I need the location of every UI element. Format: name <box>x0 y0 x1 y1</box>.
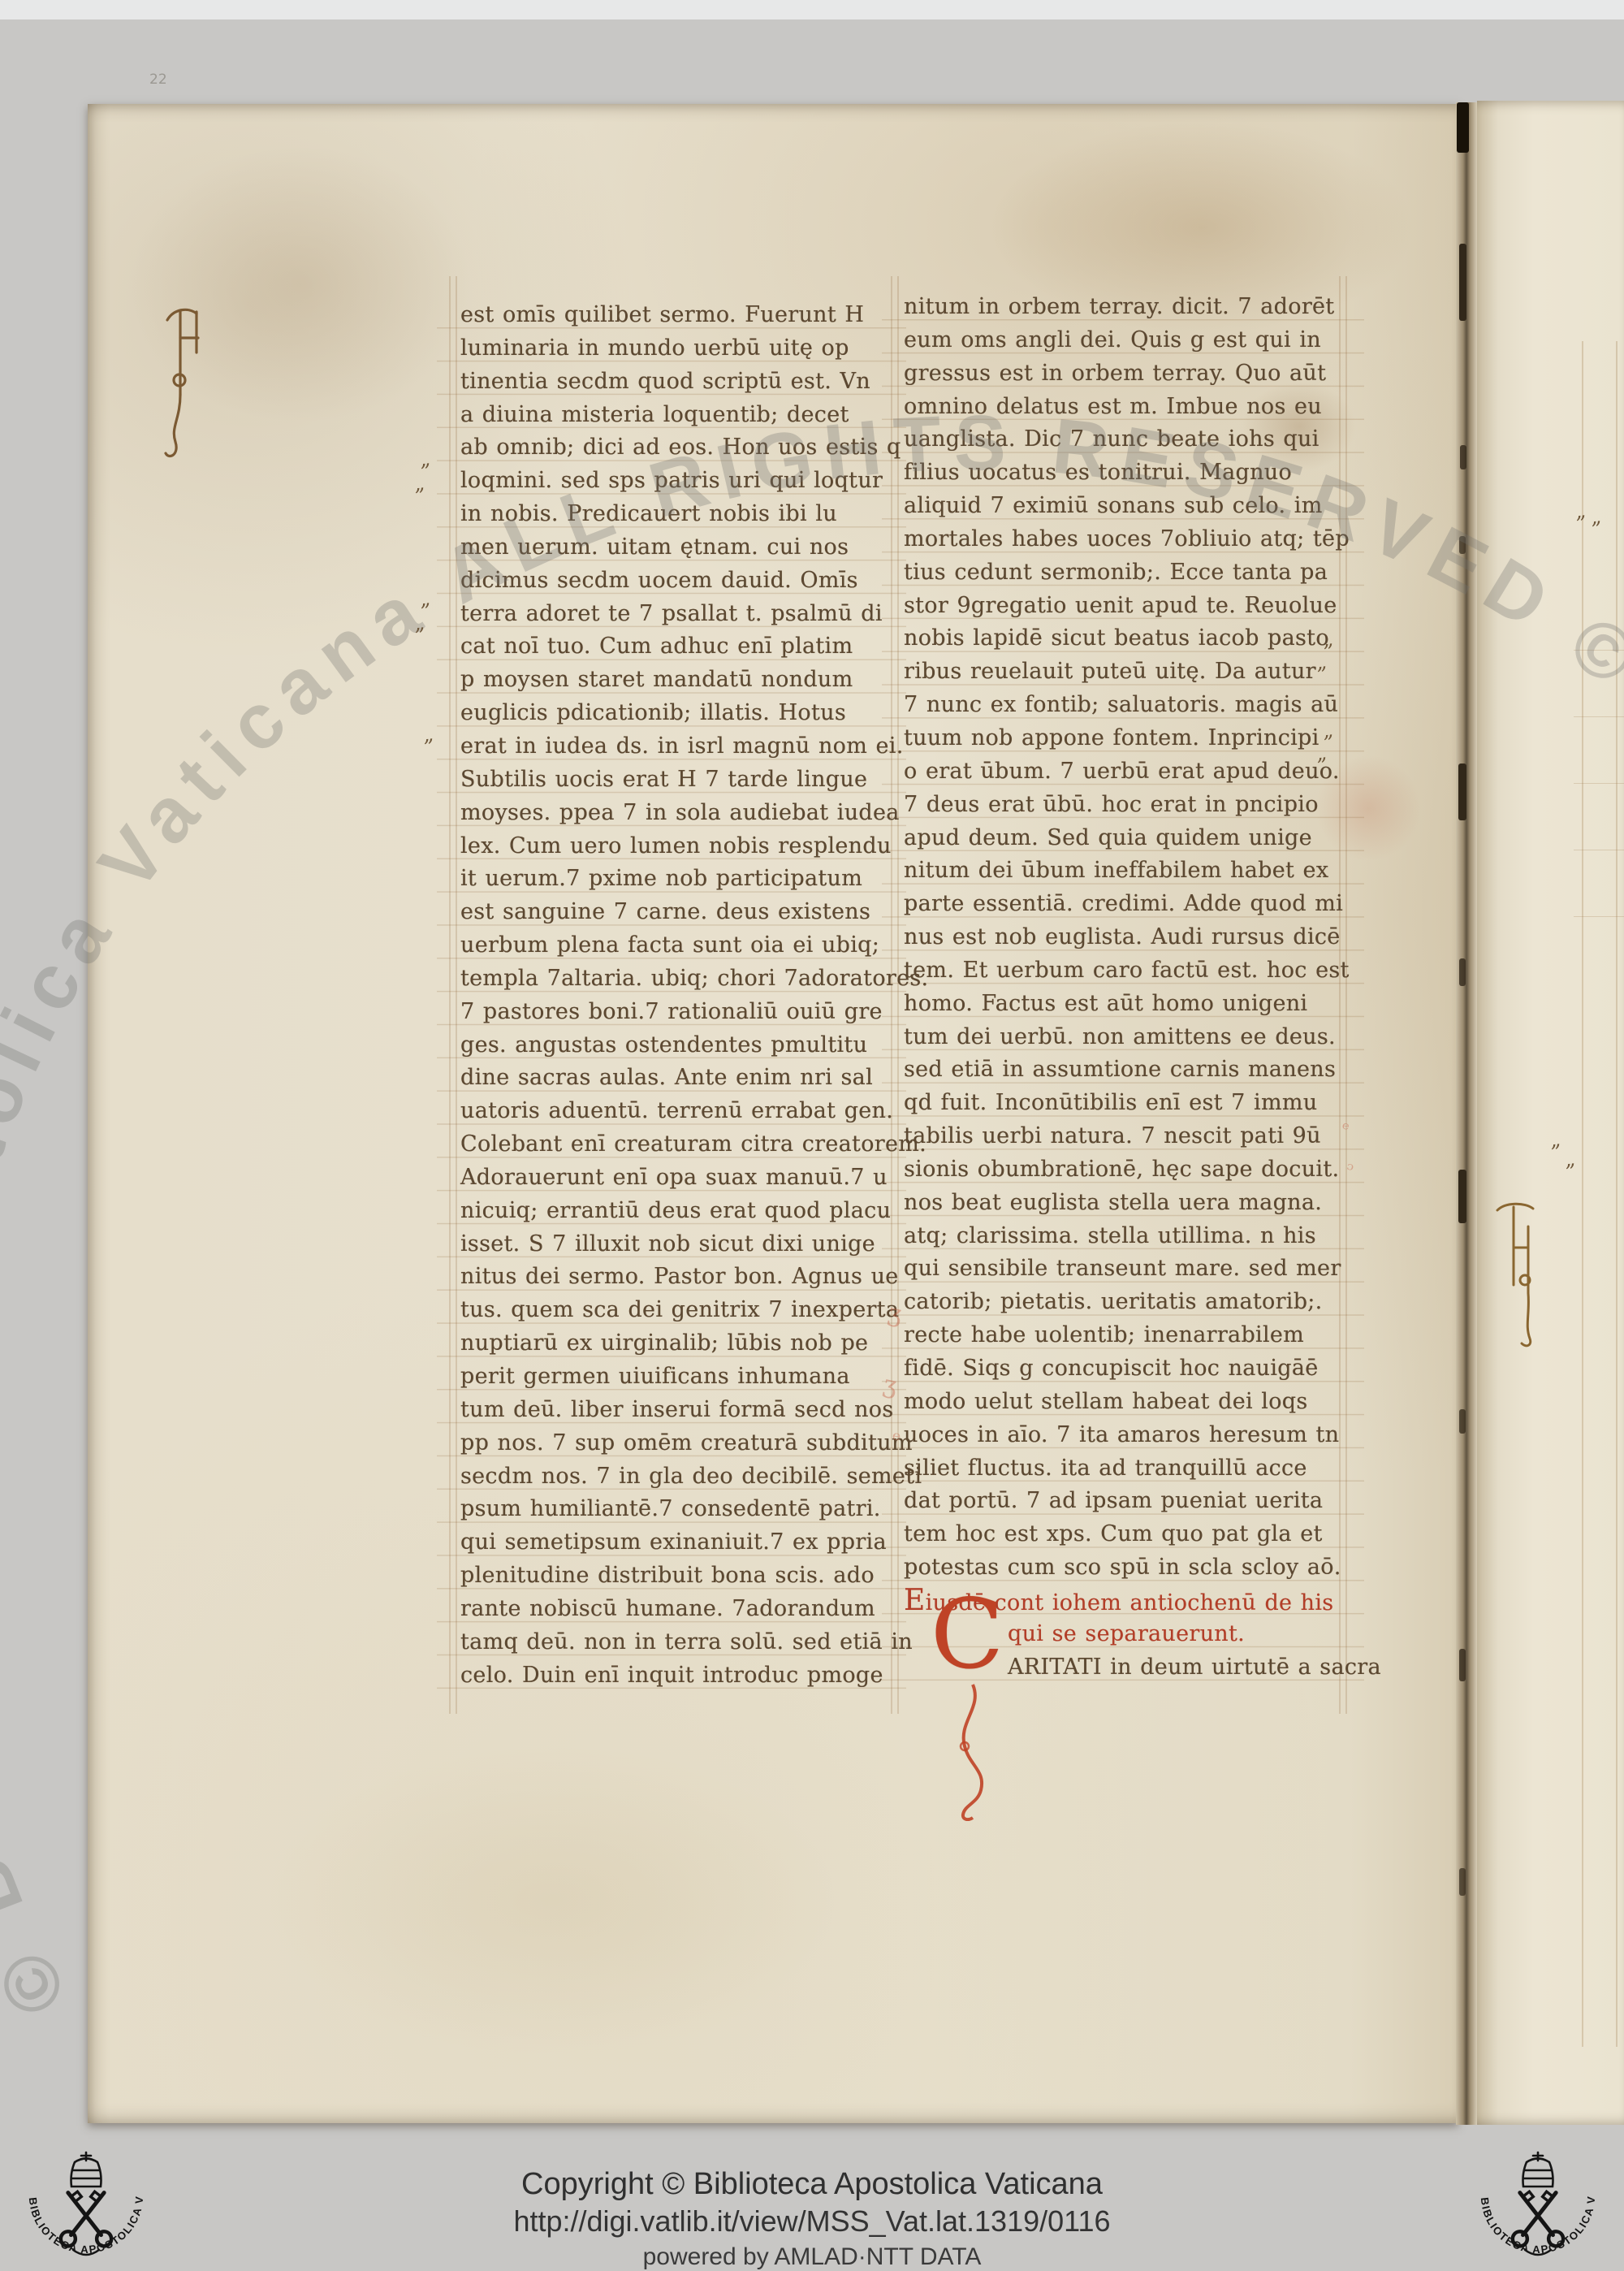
manuscript-line: qd fuit. Inconūtibilis enī est 7 immu <box>904 1087 1337 1120</box>
manuscript-line: rante nobiscū humane. 7adorandum <box>460 1593 884 1626</box>
photo-background-top <box>0 0 1624 19</box>
facing-page-ruling <box>1574 916 1624 917</box>
manuscript-line: psum humiliantē.7 consedentē patri. <box>460 1493 884 1526</box>
manuscript-line: est omīs quilibet sermo. Fuerunt H <box>460 299 884 332</box>
manuscript-line: tamq deū. non in terra solū. sed etiā in <box>460 1626 884 1659</box>
manuscript-line: ges. angustas ostendentes pmultitu <box>460 1029 884 1062</box>
manuscript-line: aliquid 7 eximiū sonans sub celo. im <box>904 490 1337 523</box>
sewing-hole <box>1459 1409 1466 1434</box>
manuscript-line: secdm nos. 7 in gla deo decibilē. semeti <box>460 1460 884 1494</box>
manuscript-line: nitum dei ūbum ineffabilem habet ex <box>904 854 1337 888</box>
pencil-folio-mark: 22 <box>149 71 167 88</box>
book-gutter <box>1456 102 1477 2125</box>
manuscript-line: eum oms angli dei. Quis g est qui in <box>904 324 1337 357</box>
manuscript-line: Colebant enī creaturam citra creatorem. <box>460 1128 884 1161</box>
manuscript-line: uanglista. Dic 7 nunc beate iohs qui <box>904 423 1337 456</box>
manuscript-line: nitus dei sermo. Pastor bon. Agnus ue <box>460 1261 884 1294</box>
manuscript-line: Subtilis uocis erat H 7 tarde lingue <box>460 763 884 797</box>
manuscript-line: homo. Factus est aūt homo unigeni <box>904 988 1337 1021</box>
manuscript-line: mortales habes uoces 7obliuio atq; tēp <box>904 523 1337 556</box>
manuscript-line: 7 pastores boni.7 rationaliū ouiū gre <box>460 996 884 1029</box>
sewing-hole <box>1458 1170 1466 1223</box>
manuscript-line: it uerum.7 pxime nob participatum <box>460 863 884 896</box>
manuscript-line: uerbum plena facta sunt oia ei ubiq; <box>460 929 884 962</box>
manuscript-line: sed etiā in assumtione carnis manens <box>904 1053 1337 1087</box>
sewing-hole <box>1459 1649 1466 1681</box>
text-column-2: nitum in orbem terray. dicit. 7 adorēteu… <box>904 291 1337 1684</box>
text-column-1: est omīs quilibet sermo. Fuerunt Hlumina… <box>460 299 884 1692</box>
manuscript-line: nos beat euglista stella uera magna. <box>904 1187 1337 1220</box>
footer-copyright: Copyright © Biblioteca Apostolica Vatica… <box>0 2167 1624 2202</box>
manuscript-line: nitum in orbem terray. dicit. 7 adorēt <box>904 291 1337 324</box>
sewing-hole <box>1460 445 1466 469</box>
manuscript-facing-page <box>1477 101 1624 2125</box>
manuscript-line: modo uelut stellam habeat dei loqs <box>904 1386 1337 1419</box>
manuscript-line: filius uocatus es tonitrui. Magnuo <box>904 456 1337 490</box>
manuscript-line: tum deū. liber inserui formā secd nos <box>460 1394 884 1427</box>
manuscript-line: plenitudine distribuit bona scis. ado <box>460 1559 884 1593</box>
manuscript-line: siliet fluctus. ita ad tranquillū acce <box>904 1452 1337 1486</box>
footer-url: http://digi.vatlib.it/view/MSS_Vat.lat.1… <box>0 2204 1624 2239</box>
manuscript-line: dicimus secdm uocem dauid. Omīs <box>460 565 884 598</box>
sewing-hole <box>1459 1868 1466 1896</box>
manuscript-line: tem. Et uerbum caro factū est. hoc est <box>904 954 1337 988</box>
manuscript-line: tabilis uerbi natura. 7 nescit pati 9ū <box>904 1120 1337 1153</box>
manuscript-line: nus est nob euglista. Audi rursus dicē <box>904 921 1337 954</box>
facing-page-ruling <box>1574 850 1624 850</box>
manuscript-line: perit germen uiuificans inhumana <box>460 1360 884 1394</box>
footer-powered-by: powered by AMLAD·NTT DATA <box>0 2243 1624 2271</box>
sewing-hole <box>1458 763 1466 820</box>
manuscript-line: men uerum. uitam ętnam. cui nos <box>460 531 884 565</box>
vatican-library-logo: BIBLIOTECA APOSTOLICA VATICANA <box>16 2149 156 2271</box>
manuscript-line: recte habe uolentib; inenarrabilem <box>904 1319 1337 1352</box>
manuscript-line: tum dei uerbū. non amittens ee deus. <box>904 1021 1337 1054</box>
manuscript-line: celo. Duin enī inquit introduc pmoge <box>460 1659 884 1693</box>
decorated-initial-C: C <box>931 1594 1004 1675</box>
manuscript-line: euglicis pdicationib; illatis. Hotus <box>460 697 884 730</box>
manuscript-line: 7 deus erat ūbū. hoc erat in pncipio <box>904 789 1337 822</box>
manuscript-line: nicuiq; errantiū deus erat quod placu <box>460 1195 884 1228</box>
manuscript-line: ribus reuelauit puteū uitę. Da autur <box>904 655 1337 689</box>
manuscript-line: moyses. ppea 7 in sola audiebat iudea <box>460 797 884 830</box>
manuscript-line: apud deum. Sed quia quidem unige <box>904 822 1337 855</box>
sewing-hole <box>1459 244 1466 321</box>
manuscript-line: cat noī tuo. Cum adhuc enī platim <box>460 630 884 664</box>
manuscript-line: a diuina misteria loquentib; decet <box>460 399 884 432</box>
manuscript-line: lex. Cum uero lumen nobis resplendu <box>460 830 884 863</box>
manuscript-line: gressus est in orbem terray. Quo aūt <box>904 357 1337 391</box>
manuscript-line: o erat ūbum. 7 uerbū erat apud deuo. <box>904 755 1337 789</box>
scanned-manuscript-page: est omīs quilibet sermo. Fuerunt Hlumina… <box>0 0 1624 2271</box>
manuscript-line: tus. quem sca dei genitrix 7 inexperta <box>460 1294 884 1327</box>
manuscript-line: nuptiarū ex uirginalib; lūbis nob pe <box>460 1327 884 1360</box>
facing-page-ruling <box>1574 783 1624 784</box>
facing-page-ruling <box>1582 341 1583 2047</box>
manuscript-line: ab omnib; dici ad eos. Hon uos estis q <box>460 431 884 465</box>
manuscript-line: sionis obumbrationē, hęc sape docuit. <box>904 1153 1337 1187</box>
manuscript-line: loqmini. sed sps patris uri qui loqtur <box>460 465 884 498</box>
sewing-hole <box>1459 958 1466 986</box>
manuscript-line: est sanguine 7 carne. deus existens <box>460 896 884 929</box>
manuscript-line: Adorauerunt enī opa suax manuū.7 u <box>460 1161 884 1195</box>
vatican-library-logo: BIBLIOTECA APOSTOLICA VATICANA <box>1468 2149 1608 2271</box>
manuscript-line: terra adoret te 7 psallat t. psalmū di <box>460 598 884 631</box>
manuscript-line: 7 nunc ex fontib; saluatoris. magis aū <box>904 689 1337 722</box>
facing-page-ruling <box>1616 341 1618 2047</box>
manuscript-line: qui sensibile transeunt mare. sed mer <box>904 1252 1337 1286</box>
manuscript-line: stor 9gregatio uenit apud te. Reuolue <box>904 590 1337 623</box>
manuscript-line: erat in iudea ds. in isrl magnū nom ei. <box>460 730 884 763</box>
manuscript-line: in nobis. Predicauert nobis ibi lu <box>460 498 884 531</box>
manuscript-line: omnino delatus est m. Imbue nos eu <box>904 391 1337 424</box>
facing-page-ruling <box>1574 716 1624 717</box>
manuscript-line: qui semetipsum exinaniuit.7 ex ppria <box>460 1526 884 1559</box>
manuscript-line: dine sacras aulas. Ante enim nri sal <box>460 1062 884 1095</box>
sewing-hole <box>1459 536 1466 554</box>
manuscript-line: fidē. Siqs g concupiscit hoc nauigāē <box>904 1352 1337 1386</box>
manuscript-line: tinentia secdm quod scriptū est. Vn <box>460 366 884 399</box>
manuscript-line: isset. S 7 illuxit nob sicut dixi unige <box>460 1228 884 1261</box>
facing-page-ruling <box>1574 650 1624 651</box>
manuscript-line: pp nos. 7 sup omēm creaturā subditum <box>460 1427 884 1460</box>
manuscript-line: catorib; pietatis. ueritatis amatorib;. <box>904 1286 1337 1319</box>
manuscript-line: templa 7altaria. ubiq; chori 7adoratores… <box>460 962 884 996</box>
manuscript-line: parte essentiā. credimi. Adde quod mi <box>904 888 1337 921</box>
manuscript-line: atq; clarissima. stella utillima. n his <box>904 1220 1337 1253</box>
svg-text:BIBLIOTECA APOSTOLICA VATICANA: BIBLIOTECA APOSTOLICA VATICANA <box>16 2149 145 2256</box>
manuscript-line: p moysen staret mandatū nondum <box>460 664 884 697</box>
manuscript-line: tem hoc est xps. Cum quo pat gla et <box>904 1518 1337 1551</box>
manuscript-line: uoces in aīo. 7 ita amaros heresum tn <box>904 1419 1337 1452</box>
manuscript-line: dat portū. 7 ad ipsam pueniat uerita <box>904 1485 1337 1518</box>
svg-text:BIBLIOTECA APOSTOLICA VATICANA: BIBLIOTECA APOSTOLICA VATICANA <box>1468 2149 1597 2256</box>
manuscript-line: tuum nob appone fontem. Inprincipi <box>904 722 1337 755</box>
manuscript-line: uatoris aduentū. terrenū errabat gen. <box>460 1095 884 1128</box>
manuscript-line: nobis lapidē sicut beatus iacob pasto <box>904 622 1337 655</box>
manuscript-line: tius cedunt sermonib;. Ecce tanta pa <box>904 556 1337 590</box>
sewing-thread <box>1457 102 1469 153</box>
manuscript-line: luminaria in mundo uerbū uitę op <box>460 332 884 366</box>
